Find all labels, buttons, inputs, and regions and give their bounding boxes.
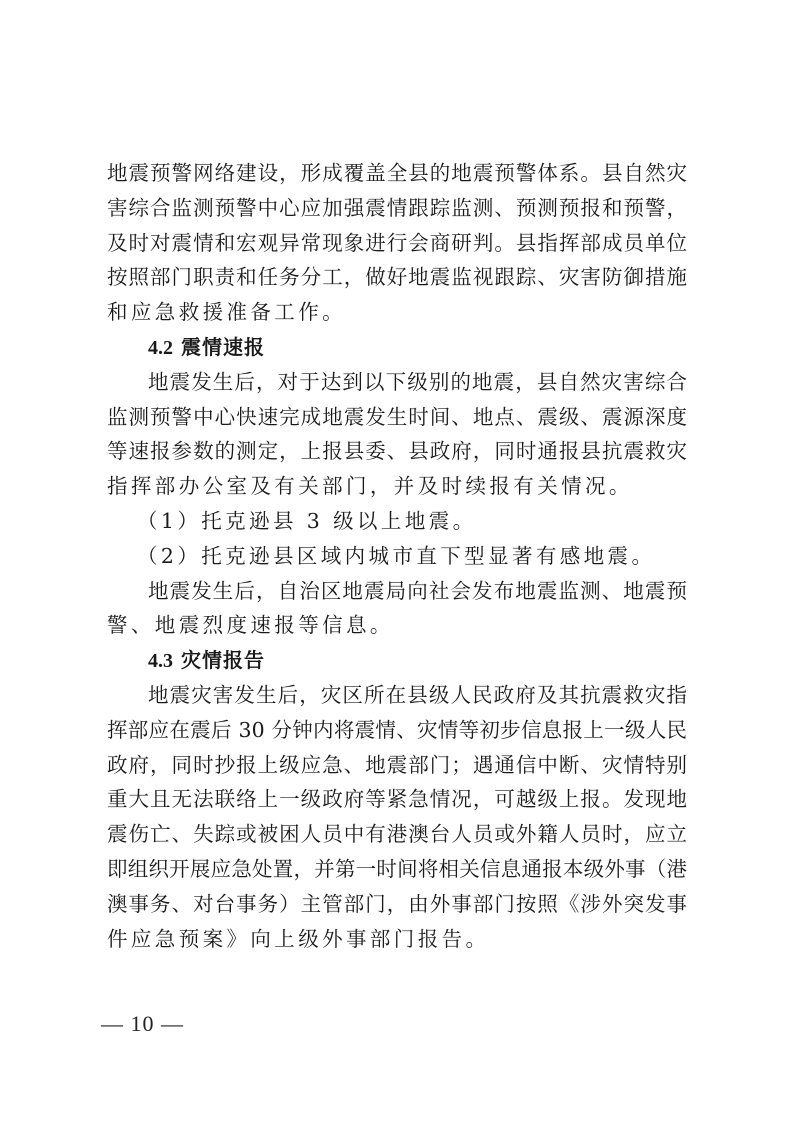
list-item: （2）托克逊县区域内城市直下型显著有感地震。 <box>107 539 687 574</box>
section-4-3-paragraph-1: 地震灾害发生后，灾区所在县级人民政府及其抗震救灾指 挥部应在震后 30 分钟内将… <box>107 678 687 956</box>
text-line: 政府，同时抄报上级应急、地震部门；遇通信中断、灾情特别 <box>107 748 687 783</box>
section-title: 灾情报告 <box>181 648 265 672</box>
text-line: 即组织开展应急处置，并第一时间将相关信息通报本级外事（港 <box>107 852 687 887</box>
text-line: 地震预警网络建设，形成覆盖全县的地震预警体系。县自然灾 <box>107 156 687 191</box>
section-number: 4.2 <box>148 337 173 359</box>
section-title: 震情速报 <box>181 335 265 359</box>
continuation-paragraph: 地震预警网络建设，形成覆盖全县的地震预警体系。县自然灾 害综合监测预警中心应加强… <box>107 156 687 330</box>
text-line: 重大且无法联络上一级政府等紧急情况，可越级上报。发现地 <box>107 782 687 817</box>
text-line: 指挥部办公室及有关部门，并及时续报有关情况。 <box>107 469 687 504</box>
text-line: 及时对震情和宏观异常现象进行会商研判。县指挥部成员单位 <box>107 226 687 261</box>
section-4-2-paragraph-1: 地震发生后，对于达到以下级别的地震，县自然灾害综合 监测预警中心快速完成地震发生… <box>107 365 687 504</box>
text-line: 监测预警中心快速完成地震发生时间、地点、震级、震源深度 <box>107 400 687 435</box>
text-line: 害综合监测预警中心应加强震情跟踪监测、预测预报和预警， <box>107 191 687 226</box>
text-line: 澳事务、对台事务）主管部门，由外事部门按照《涉外突发事 <box>107 887 687 922</box>
document-page: 地震预警网络建设，形成覆盖全县的地震预警体系。县自然灾 害综合监测预警中心应加强… <box>107 156 687 956</box>
section-number: 4.3 <box>148 650 173 672</box>
section-4-2-paragraph-2: 地震发生后，自治区地震局向社会发布地震监测、地震预 警、地震烈度速报等信息。 <box>107 574 687 644</box>
section-heading-4-3: 4.3灾情报告 <box>107 643 687 678</box>
text-line: 震伤亡、失踪或被困人员中有港澳台人员或外籍人员时，应立 <box>107 817 687 852</box>
text-line: 地震灾害发生后，灾区所在县级人民政府及其抗震救灾指 <box>107 678 687 713</box>
text-line: 地震发生后，对于达到以下级别的地震，县自然灾害综合 <box>107 365 687 400</box>
text-line: 件应急预案》向上级外事部门报告。 <box>107 922 687 957</box>
text-line: 按照部门职责和任务分工，做好地震监视跟踪、灾害防御措施 <box>107 260 687 295</box>
text-line: 和应急救援准备工作。 <box>107 295 687 330</box>
page-number: — 10 — <box>101 1011 184 1037</box>
text-line: 挥部应在震后 30 分钟内将震情、灾情等初步信息报上一级人民 <box>107 713 687 748</box>
text-line: 地震发生后，自治区地震局向社会发布地震监测、地震预 <box>107 574 687 609</box>
section-heading-4-2: 4.2震情速报 <box>107 330 687 365</box>
list-item: （1）托克逊县 3 级以上地震。 <box>107 504 687 539</box>
text-line: 等速报参数的测定，上报县委、县政府，同时通报县抗震救灾 <box>107 434 687 469</box>
text-line: 警、地震烈度速报等信息。 <box>107 608 687 643</box>
